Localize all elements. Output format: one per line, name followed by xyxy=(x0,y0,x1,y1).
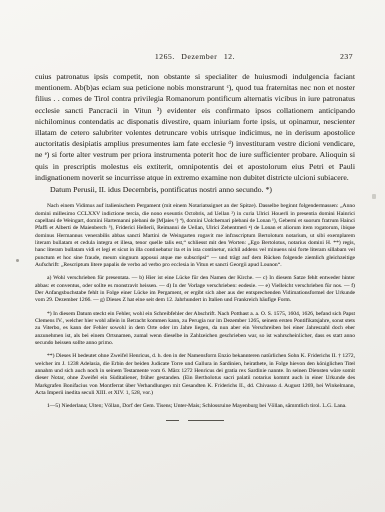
footnotes-letters: a) Wohl verschrieben für presentata. — b… xyxy=(35,275,355,304)
charter-datum-line: Datum Perusii, II. idus Decembris, ponti… xyxy=(35,184,355,195)
book-page: 1265. Dezember 12. 237 cuius patronatus … xyxy=(0,0,385,512)
end-divider xyxy=(35,420,355,421)
provenance-note: Nach einem Vidimus auf italienischem Per… xyxy=(35,203,355,269)
charter-text: cuius patronatus ipsis competit, non obs… xyxy=(35,71,355,183)
page-number: 237 xyxy=(340,52,353,61)
page-header: 1265. Dezember 12. 237 xyxy=(35,52,355,61)
divider-segment-long xyxy=(188,420,224,421)
footnote-star: *) In diesem Datum steckt ein Fehler, wo… xyxy=(35,311,355,348)
scan-artifact-edge-mark xyxy=(372,194,376,199)
footnote-double-star: **) Dieses H bedeutet ohne Zweifel Henri… xyxy=(35,353,355,397)
scan-artifact-dot xyxy=(16,259,19,262)
divider-segment-short xyxy=(166,420,179,421)
footnotes-place-names: 1—5) Niederlana; Ulten; Völlan, Dorf der… xyxy=(35,403,355,410)
date-heading: 1265. Dezember 12. xyxy=(155,52,235,61)
